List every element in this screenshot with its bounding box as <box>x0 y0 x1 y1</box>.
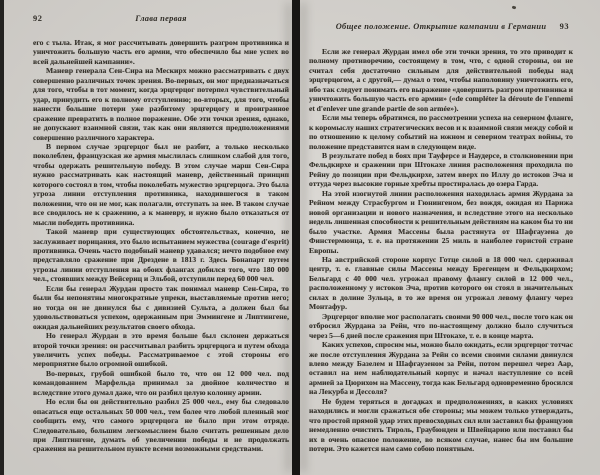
paragraph: Если бы генерал Журдан просто так понима… <box>33 284 289 331</box>
page-body-right: Если же генерал Журдан имел обе эти точк… <box>309 47 573 453</box>
book-spread: 92 Глава первая его с тыла. Итак, я мог … <box>0 0 600 475</box>
paragraph: Во-первых, грубой ошибкой было то, что о… <box>33 369 289 397</box>
paragraph: Если мы теперь обратимся, по рассмотрени… <box>309 113 573 151</box>
paragraph: Такой маневр при существующих обстоятель… <box>33 227 289 284</box>
page-header-right: Общее положение. Открытие кампании в Гер… <box>309 21 573 32</box>
paragraph: В результате побед в боях при Тауферсе и… <box>309 151 573 189</box>
paragraph: его с тыла. Итак, я мог рассчитывать дов… <box>33 38 289 66</box>
paragraph: Но генерал Журдан в это время больше был… <box>33 331 289 369</box>
page-left: 92 Глава первая его с тыла. Итак, я мог … <box>33 13 289 454</box>
paragraph: На этой изогнутой линии расположения нах… <box>309 189 573 255</box>
page-body-left: его с тыла. Итак, я мог рассчитывать дов… <box>33 38 289 454</box>
page-header-left: 92 Глава первая <box>33 13 289 24</box>
page-number-right: 93 <box>560 21 569 32</box>
book-gutter <box>292 0 300 475</box>
paragraph: Но если бы он действительно разбил 25 00… <box>33 397 289 454</box>
ink-speck <box>512 5 517 9</box>
running-header-right: Общее положение. Открытие кампании в Гер… <box>309 21 573 32</box>
paragraph: Маневр генерала Сен-Сира на Мескирх можн… <box>33 66 289 142</box>
paragraph: На австрийской стороне корпус Готце сило… <box>309 255 573 312</box>
paragraph: Если же генерал Журдан имел обе эти точк… <box>309 47 573 113</box>
paragraph: Эрцгерцог вполне мог располагать своими … <box>309 312 573 340</box>
page-right: Общее положение. Открытие кампании в Гер… <box>309 21 573 453</box>
paragraph: Не будем теряться в догадках и предполож… <box>309 397 573 454</box>
running-header-left: Глава первая <box>33 13 289 24</box>
paragraph: В первом случае эрцгерцог был не разбит,… <box>33 142 289 227</box>
paragraph: Каких успехов, спросим мы, можно было ож… <box>309 340 573 397</box>
book-left-edge <box>0 0 4 475</box>
